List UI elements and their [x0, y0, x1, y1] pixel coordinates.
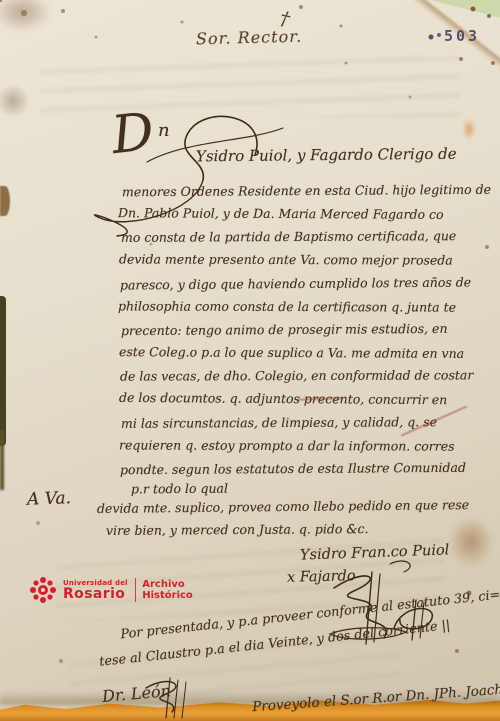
petition-line: este Coleg.o p.a lo que suplico a Va. me…: [119, 344, 464, 361]
petition-line: de las vecas, de dho. Colegio, en confor…: [120, 367, 473, 383]
petition-line: pondte. segun los estatutos de esta Ilus…: [120, 460, 466, 477]
petition-line: de los documtos. q. adjuntos precento, c…: [119, 390, 447, 407]
petition-line: mi las sircunstancias, de limpiesa, y ca…: [121, 414, 437, 431]
left-edge-stain-chunk: [0, 186, 10, 216]
archive-watermark: Universidad del Rosario Archivo Históric…: [29, 576, 193, 604]
stain-right-large: [448, 516, 494, 568]
stain-right-orange: [462, 118, 476, 140]
archive-unit-line2: Histórico: [142, 590, 193, 601]
org-name: Universidad del Rosario: [63, 579, 128, 601]
closing-line: devida mte. suplico, provea como llebo p…: [97, 497, 469, 516]
closing-margin-address: A Va.: [27, 488, 72, 510]
logo-divider: [135, 578, 137, 602]
petition-line: menores Ordenes Residente en esta Ciud. …: [122, 182, 491, 200]
backdrop-left-strip-lower: [0, 430, 4, 490]
petition-line: requieren q. estoy prompto a dar la info…: [119, 437, 455, 453]
petition-line: mo consta de la partida de Baptismo cert…: [121, 228, 456, 245]
petition-line: p.r todo lo qual: [131, 481, 228, 497]
petition-line: paresco, y digo que haviendo cumplido lo…: [120, 274, 471, 292]
archive-unit-line1: Archivo: [142, 579, 193, 590]
petition-opening-line: Ysidro Puiol, y Fagardo Clerigo de: [196, 145, 457, 166]
stain-top-left: [0, 0, 52, 32]
stain-left-notch: [0, 84, 30, 118]
manuscript-photo: † Sor. Rector. 503 D n Ysidro Puiol, y F…: [0, 0, 500, 721]
closing-line: vire bien, y merced con Justa. q. pido &…: [106, 521, 369, 538]
petition-line: devida mente presento ante Va. como mejo…: [119, 251, 453, 267]
petition-line: philosophia como consta de la certificas…: [118, 298, 456, 314]
page-number-stamp: 503: [444, 27, 480, 45]
petition-line: Dn. Pablo Puiol, y de Da. Maria Merced F…: [118, 205, 444, 222]
heading-addressee: Sor. Rector.: [196, 27, 303, 49]
archive-unit-name: Archivo Histórico: [142, 579, 193, 601]
foxing-specks: [0, 0, 2, 2]
org-name-main: Rosario: [63, 587, 128, 601]
backdrop-left-strip: [0, 296, 6, 446]
rosario-emblem-icon: [29, 576, 57, 604]
petition-line: precento: tengo animo de prosegir mis es…: [121, 321, 448, 338]
leon-signature-rubric: [140, 672, 200, 720]
